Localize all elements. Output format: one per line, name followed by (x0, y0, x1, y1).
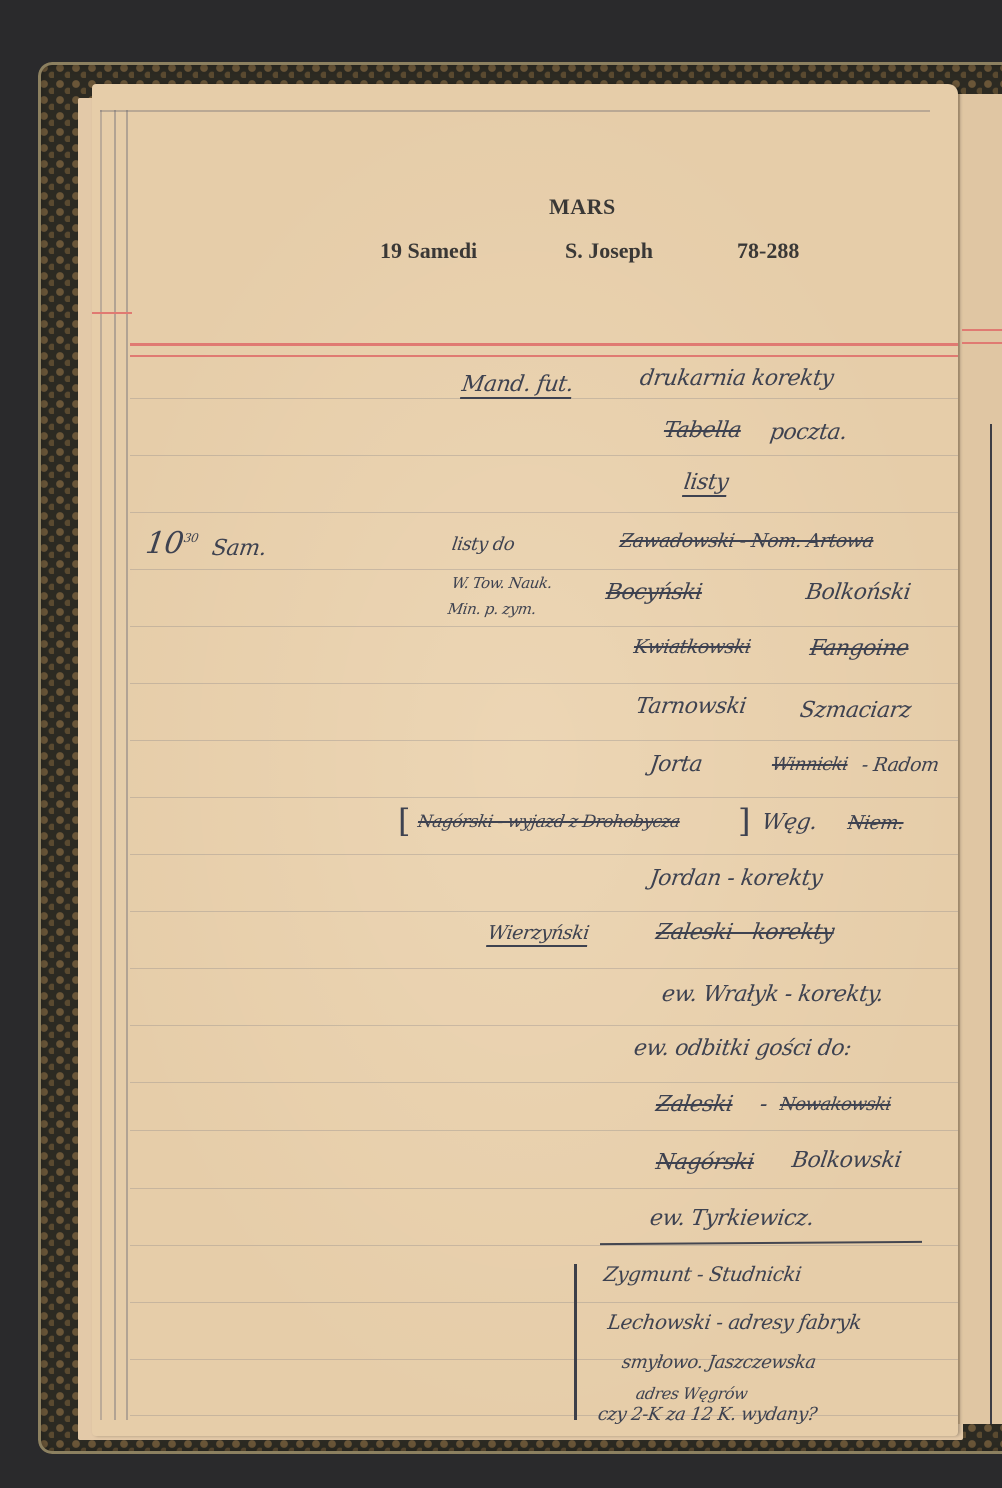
ruled-line (130, 740, 958, 741)
time-hour: 10 (144, 526, 186, 561)
left-note-line-3: Min. p. zym. (447, 600, 537, 618)
entry-struck: Nowakowski (779, 1094, 893, 1115)
footer-note: czy 2-K za 12 K. wydany? (597, 1404, 819, 1425)
entry: Tarnowski (634, 694, 748, 719)
entry: ew. Wrałyk - korekty. (660, 982, 885, 1007)
facing-red-rule-bottom (962, 342, 1002, 344)
entry: ew. Tyrkiewicz. (648, 1206, 815, 1231)
entry: Jordan - korekty (648, 866, 824, 891)
ruled-line (130, 1188, 958, 1189)
bracket-open: [ (398, 802, 410, 840)
ruled-line (130, 1302, 958, 1303)
entry: - Radom (860, 754, 940, 776)
entry-struck: Fangoine (808, 636, 910, 661)
ruled-line (130, 512, 958, 513)
red-rule-stub (92, 312, 132, 314)
ruled-line (130, 1025, 958, 1026)
ruled-line (130, 1359, 958, 1360)
entry: drukarnia korekty (638, 366, 835, 391)
entry-struck: Zaleski (654, 1092, 734, 1117)
bracket-close: ] (738, 802, 750, 840)
facing-red-rule-top (962, 329, 1002, 331)
month-heading: MARS (549, 194, 616, 220)
ruled-line (130, 1245, 958, 1246)
red-rule-bottom (130, 355, 958, 357)
time-note: Sam. (210, 536, 268, 561)
margin-bar (574, 1264, 577, 1420)
ruled-line (130, 398, 958, 399)
left-note-line-1: listy do (451, 534, 516, 555)
binding-margin-lines (100, 110, 132, 1420)
entry-struck: Kwiatkowski (632, 636, 752, 658)
ruled-line (130, 1082, 958, 1083)
red-rule-top (130, 343, 958, 346)
ruled-line (130, 626, 958, 627)
entry-struck: Nagórski (654, 1150, 755, 1175)
footer-note: adres Węgrów (635, 1384, 749, 1403)
day-label: 19 Samedi (380, 238, 477, 264)
entry-struck: Niem. (846, 812, 905, 834)
ruled-line (130, 455, 958, 456)
ruled-line (130, 569, 958, 570)
top-border-line (100, 110, 930, 112)
ruled-line (130, 854, 958, 855)
facing-page-strip (958, 94, 1002, 1424)
entry-struck: Tabella (662, 418, 742, 443)
ruled-line (130, 683, 958, 684)
time-minutes: 30 (183, 531, 199, 545)
entry-struck: Zaleski - korekty (654, 920, 835, 945)
ruled-line (130, 911, 958, 912)
ruled-line (130, 797, 958, 798)
entry-struck: Nagórski - wyjazd z Drohobycza (417, 812, 682, 832)
entry: Bolkowski (790, 1148, 903, 1173)
entry-struck: Zawadowski - Nom. Artowa (618, 530, 875, 552)
entry: poczta. (768, 420, 848, 445)
ruled-line (130, 1415, 958, 1416)
entry: ew. odbitki gości do: (632, 1036, 853, 1061)
footer-note: Zygmunt - Studnicki (602, 1262, 803, 1286)
entry-struck: Winnicki (771, 754, 850, 775)
entry-struck: Bocyński (604, 580, 704, 605)
entry: Szmaciarz (798, 698, 912, 723)
entry-heading: listy (682, 470, 730, 495)
footer-note: smyłowo. Jaszczewska (621, 1352, 818, 1373)
footer-note: Lechowski - adresy fabryk (606, 1310, 863, 1334)
left-note-line-2: W. Tow. Nauk. (451, 574, 553, 592)
saint-label: S. Joseph (565, 238, 653, 264)
entry-heading: Wierzyński (486, 922, 590, 944)
ruled-line (130, 968, 958, 969)
entry: Węg. (760, 810, 818, 835)
day-count: 78-288 (737, 238, 799, 264)
entry: Bolkoński (804, 580, 912, 605)
ruled-line (130, 1130, 958, 1131)
facing-page-margin-line (990, 424, 992, 1424)
entry: Jorta (648, 752, 704, 777)
entry-time: 1030 (144, 526, 200, 561)
entry-struck: Mand. fut. (460, 372, 575, 397)
